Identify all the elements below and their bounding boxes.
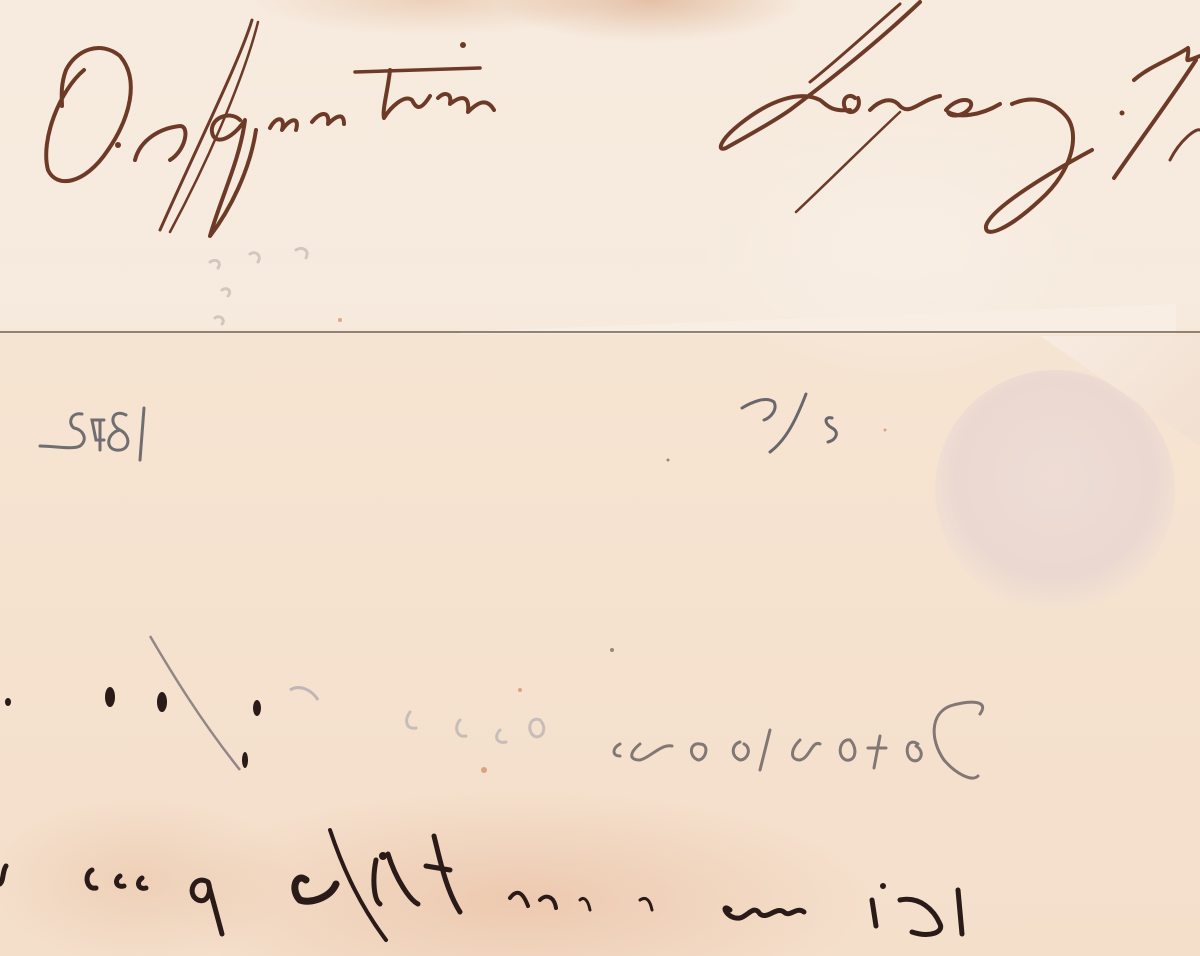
bleed-through-line-2 [0,830,962,940]
pencil-year-note [40,408,144,460]
bleed-through-line-1 [614,702,983,778]
paper-stains [338,318,887,773]
faint-bleed-marks [210,248,307,324]
bleed-through-line-1-left [5,687,261,768]
bleed-through-stroke-2 [290,688,318,700]
bleed-through-faint-word [407,712,544,742]
document-photo: D. Agustin Lopez y 1845 S/S Diciembre añ… [0,0,1200,956]
address-handwriting [46,2,1200,236]
pencil-fraction-note [742,394,836,452]
handwriting-layer [0,0,1200,956]
